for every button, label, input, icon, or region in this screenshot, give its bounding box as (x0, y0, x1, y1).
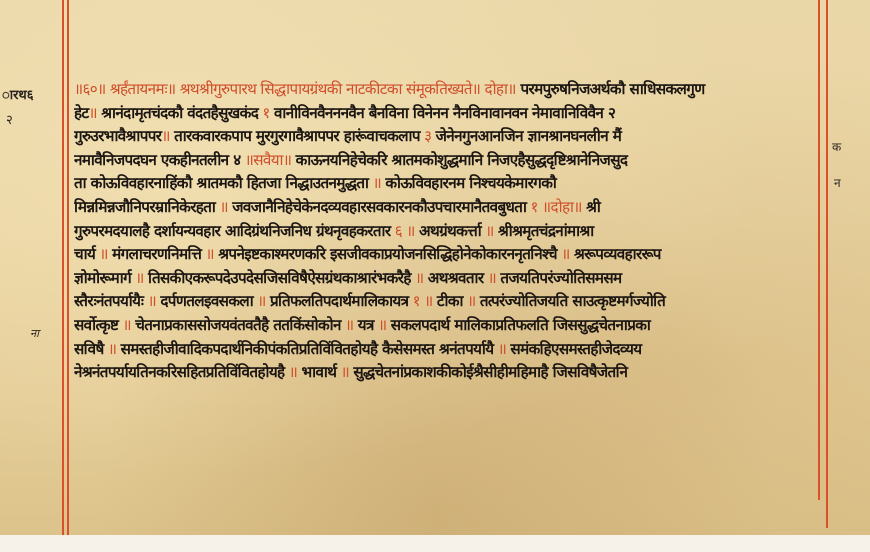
rubric-text: ॥ (557, 245, 574, 263)
page-background-strip (0, 535, 870, 552)
body-text: काऊनयनिहेचेकरि श्रातमकोशुद्धमानि निजएहैस… (296, 151, 628, 169)
rubric-text: ६ ॥ (390, 222, 418, 240)
manuscript-folio: ारथ६ २ ना क न ॥६०॥ श्रर्हंतायनमः॥ श्रथश्… (0, 0, 870, 535)
body-text: तत्परंज्योतिजयति साउत्कृष्टमर्गज्योति (480, 292, 665, 310)
rubric-text: ॥ (336, 363, 353, 381)
rubric-text: ॥ (411, 269, 428, 287)
manuscript-line: गुरुपरमदयालहै दर्शायन्यवहार आदिग्रंथनिजन… (74, 220, 818, 244)
body-text: श्रपनेइष्टकाश्मरणकरि इसजीवकाप्रयोजनसिद्ध… (218, 245, 557, 263)
body-text: श्ररूपव्यवहाररूप (574, 245, 661, 263)
body-text: सविषै (74, 340, 104, 358)
body-text: मंगलाचरणनिमत्ति (112, 245, 201, 263)
body-text: परमपुरुषनिजअर्थकौ साधिसकलगुण (516, 80, 705, 98)
body-text: श्रानंदामृतचंदकौ वंदतहैसुखकंद (101, 104, 258, 122)
left-margin-note: ना (30, 326, 39, 341)
body-text: दर्पणतलइवसकला (160, 292, 253, 310)
body-text: तारकवारकपाप मुरगुरगावैश्रापपर हारूंवाचकल… (174, 127, 420, 145)
body-text: चेतनाप्रकाससोजयवंतवतैहै ततकिंसोकोन (135, 316, 341, 334)
right-margin-note-1: क (832, 138, 841, 155)
body-text: चार्य (74, 245, 95, 263)
rubric-text: १ (258, 104, 274, 122)
right-margin-note-2: न (834, 174, 841, 191)
body-text: गुरुउरभावैश्रापपर (74, 127, 161, 145)
body-text: ता कोऊविवहारनाहिंकौ श्रातमकौ हितजा निद्ध… (74, 174, 368, 192)
body-text: अथग्रंथकर्त्ता (419, 222, 481, 240)
rubric-text: ३ (420, 127, 436, 145)
rubric-text: ॥ (463, 292, 480, 310)
rubric-text: ॥ (95, 245, 112, 263)
manuscript-line: नमावैनिजपदघन एकहीनतलीन ४ ॥सवैया॥ काऊनयनि… (74, 149, 818, 173)
manuscript-line: स्तैरःनंतपर्यायैः ॥ दर्पणतलइवसकला ॥ प्रत… (74, 290, 818, 314)
manuscript-line: ज्ञोमोरूमार्ग ॥ तिसकीएकरूपदेउपदेसजिसविषै… (74, 267, 818, 291)
rubric-text: १ ॥दोहा॥ (526, 198, 586, 216)
left-margin-rule-outer (62, 0, 64, 540)
body-text: तजयतिपरंज्योतिसमसम (500, 269, 621, 287)
rubric-text: ॥ (493, 340, 510, 358)
right-margin-rule-outer (826, 0, 828, 528)
manuscript-line: ॥६०॥ श्रर्हंतायनमः॥ श्रथश्रीगुरुपारथ सिद… (74, 78, 818, 102)
body-text: समस्तहीजीवादिकपदार्थनिकीपंकतिप्रतिविंवित… (121, 340, 494, 358)
rubric-text: ॥ (161, 127, 174, 145)
body-text: सकलपदार्थ मालिकाप्रतिफलति जिससुद्धचेतनाप… (391, 316, 651, 334)
left-margin-rule-inner (67, 0, 69, 540)
rubric-text: ॥ (201, 245, 218, 263)
body-text: वानीविनवैनननवैन बैनविना विनेनन नैनविनावा… (274, 104, 615, 122)
body-text: ज्ञोमोरूमार्ग (74, 269, 131, 287)
rubric-text: ॥ (89, 104, 102, 122)
body-text: सुद्धचेतनांप्रकाशकीकोईश्रैसीहीमहिमाहै जि… (353, 363, 627, 381)
body-text: यत्र (358, 316, 374, 334)
manuscript-line: सर्वोत्कृष्ट ॥ चेतनाप्रकाससोजयवंतवतैहै त… (74, 314, 818, 338)
manuscript-text-block: ॥६०॥ श्रर्हंतायनमः॥ श्रथश्रीगुरुपारथ सिद… (74, 78, 818, 385)
body-text: भावार्थ (301, 363, 336, 381)
rubric-text: ॥ (483, 269, 500, 287)
folio-number: २ (6, 110, 13, 128)
rubric-text: ॥ (481, 222, 498, 240)
body-text: सर्वोत्कृष्ट (74, 316, 118, 334)
rubric-text: ॥ (143, 292, 160, 310)
body-text: अथश्रवतार (428, 269, 484, 287)
manuscript-line: गुरुउरभावैश्रापपर॥ तारकवारकपाप मुरगुरगाव… (74, 125, 818, 149)
rubric-text: ॥ (118, 316, 135, 334)
body-text: जवजानैनिहेचेकेनदव्यवहारसवकारनकौउपचारमानै… (232, 198, 526, 216)
rubric-text: ॥सवैया॥ (241, 151, 296, 169)
manuscript-line: चार्य ॥ मंगलाचरणनिमत्ति ॥ श्रपनेइष्टकाश्… (74, 243, 818, 267)
rubric-text: ॥ (374, 316, 391, 334)
body-text: कोऊविवहारनम निश्चयकेमारगकौ (385, 174, 556, 192)
body-text: नमावैनिजपदघन एकहीनतलीन ४ (74, 151, 241, 169)
rubric-text: ॥ (131, 269, 148, 287)
body-text: मिन्नमिन्नजौनिपरम्रानिकेरहता (74, 198, 215, 216)
manuscript-line: सविषै ॥ समस्तहीजीवादिकपदार्थनिकीपंकतिप्र… (74, 338, 818, 362)
body-text: गुरुपरमदयालहै दर्शायन्यवहार आदिग्रंथनिजन… (74, 222, 390, 240)
rubric-text: ॥६०॥ श्रर्हंतायनमः॥ श्रथश्रीगुरुपारथ सिद… (74, 80, 516, 98)
body-text: श्रीश्रमृतचंद्रनांमाश्रा (498, 222, 594, 240)
body-text: तिसकीएकरूपदेउपदेसजिसविषैऐसग्रंथकाश्रारंभ… (148, 269, 411, 287)
manuscript-line: ता कोऊविवहारनाहिंकौ श्रातमकौ हितजा निद्ध… (74, 172, 818, 196)
rubric-text: ॥ (341, 316, 358, 334)
body-text: हेट (74, 104, 89, 122)
rubric-text: ॥ (285, 363, 302, 381)
body-text: प्रतिफलतिपदार्थमालिकायत्र (270, 292, 408, 310)
rubric-text: ॥ (104, 340, 121, 358)
body-text: श्री (586, 198, 600, 216)
folio-label: ारथ६ (2, 85, 33, 103)
body-text: टीका (437, 292, 463, 310)
body-text: समंकहिएसमस्तहीजेदव्यय (510, 340, 641, 358)
body-text: स्तैरःनंतपर्यायैः (74, 292, 143, 310)
rubric-text: ॥ (253, 292, 270, 310)
manuscript-line: नेश्रनंतपर्यायतिनकरिसहितप्रतिविंवितहोयहै… (74, 361, 818, 385)
body-text: नेश्रनंतपर्यायतिनकरिसहितप्रतिविंवितहोयहै (74, 363, 285, 381)
rubric-text: १ ॥ (408, 292, 436, 310)
rubric-text: ॥ (215, 198, 232, 216)
manuscript-line: मिन्नमिन्नजौनिपरम्रानिकेरहता ॥ जवजानैनिह… (74, 196, 818, 220)
rubric-text: ॥ (368, 174, 385, 192)
right-margin-rule-inner (818, 0, 820, 500)
body-text: जेनेनगुनआनजिन ज्ञानश्रानघनलीन मैं (436, 127, 622, 145)
manuscript-line: हेट॥ श्रानंदामृतचंदकौ वंदतहैसुखकंद १ वान… (74, 102, 818, 126)
